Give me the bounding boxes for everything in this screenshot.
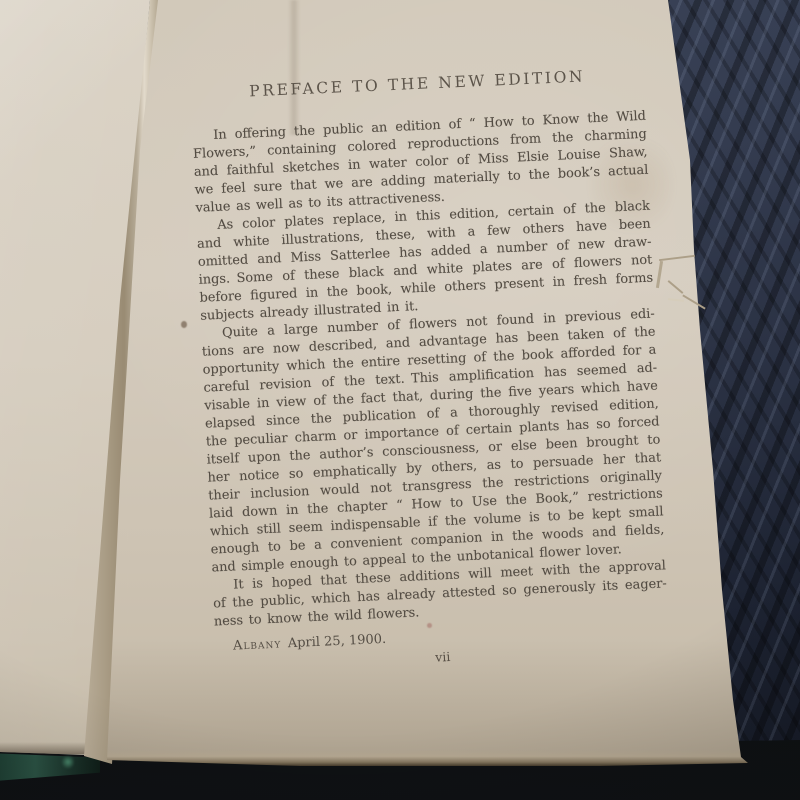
preface-paragraph: Quite a large number of flowers not foun…	[201, 306, 666, 578]
date-text: April 25, 1900.	[281, 632, 386, 652]
page-title: PREFACE TO THE NEW EDITION	[190, 64, 645, 106]
preface-body: In offering the public an edition of “ H…	[192, 108, 668, 632]
place-name: Albany	[233, 636, 282, 653]
preface-paragraph: As color plates replace, in this edition…	[196, 198, 654, 326]
book-cover-highlight	[62, 754, 74, 770]
book-photo: PREFACE TO THE NEW EDITION In offering t…	[0, 0, 800, 800]
page-stain	[181, 321, 187, 328]
preface-text-block: PREFACE TO THE NEW EDITION In offering t…	[190, 64, 670, 675]
